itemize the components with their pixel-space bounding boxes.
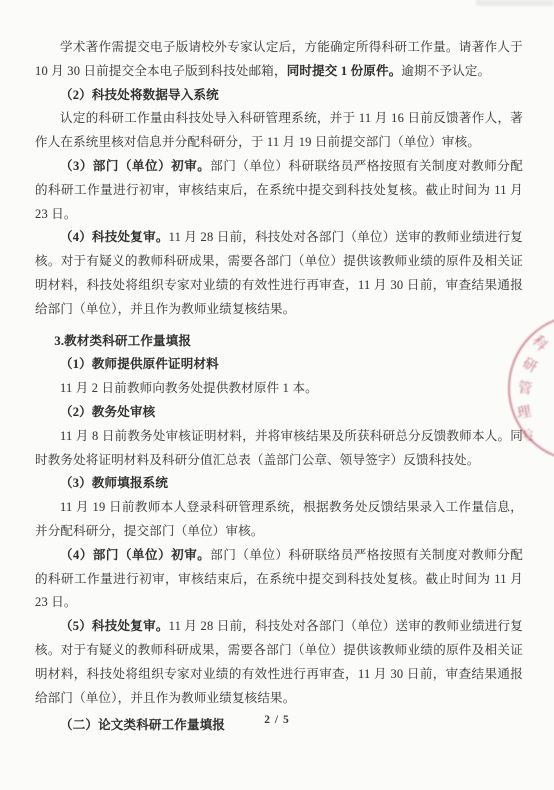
document-page: 学术著作需提交电子版请校外专家认定后，方能确定所得科研工作量。请著作人于 10 … [0,0,554,790]
bold-text-run: （2）科技处将数据导入系统 [60,88,219,102]
scan-artifact [476,0,554,6]
page-number: 2 / 5 [0,714,554,726]
para-5-keji-recheck: （5）科技处复审。11 月 28 日前，科技处对各部门（单位）送审的教师业绩进行… [35,615,523,710]
bold-text-run: （3）部门（单位）初审。 [60,159,210,173]
para-4-keji-recheck: （4）科技处复审。11 月 28 日前，科技处对各部门（单位）送审的教师业绩进行… [35,226,523,321]
text-run: 逾期不予认定。 [401,64,490,78]
bold-text-run: 同时提交 1 份原件。 [287,64,402,78]
bold-text-run: （1）教师提供原件证明材料 [60,357,219,371]
bold-text-run: （4）科技处复审。 [60,230,169,244]
heading-2-jiaowuchu-review: （2）教务处审核 [35,401,523,425]
para-4-dept-first-review: （4）部门（单位）初审。部门（单位）科研联络员严格按照有关制度对教师分配的科研工… [35,544,523,615]
bold-text-run: （4）部门（单位）初审。 [60,548,210,562]
para-data-import-detail: 认定的科研工作量由科技处导入科研管理系统，并于 11 月 16 日前反馈著作人，… [35,107,523,155]
text-run: 11 月 8 日前教务处审核证明材料，并将审核结果及所获科研总分反馈教师本人。同… [35,429,523,467]
para-textbook-original-deadline: 11 月 2 日前教师向教务处提供教材原件 1 本。 [35,377,523,401]
bold-text-run: （2）教务处审核 [60,405,155,419]
heading-1-teacher-originals: （1）教师提供原件证明材料 [35,353,523,377]
document-body-text: 学术著作需提交电子版请校外专家认定后，方能确定所得科研工作量。请著作人于 10 … [35,36,523,738]
heading-2-data-import: （2）科技处将数据导入系统 [35,84,523,108]
text-run: 11 月 19 日前教师本人登录科研管理系统，根据教务处反馈结果录入工作量信息，… [35,500,523,538]
heading-3-textbook-workload: 3.教材类科研工作量填报 [35,330,523,354]
para-monograph-submission: 学术著作需提交电子版请校外专家认定后，方能确定所得科研工作量。请著作人于 10 … [35,36,523,84]
bold-text-run: （5）科技处复审。 [60,619,169,633]
para-jiaowuchu-review-detail: 11 月 8 日前教务处审核证明材料，并将审核结果及所获科研总分反馈教师本人。同… [35,425,523,473]
text-run: 认定的科研工作量由科技处导入科研管理系统，并于 11 月 16 日前反馈著作人，… [35,111,523,149]
text-run: 11 月 2 日前教师向教务处提供教材原件 1 本。 [60,381,318,395]
bold-text-run: 3.教材类科研工作量填报 [54,334,191,348]
heading-3-teacher-system-entry: （3）教师填报系统 [35,472,523,496]
para-teacher-system-entry-detail: 11 月 19 日前教师本人登录科研管理系统，根据教务处反馈结果录入工作量信息，… [35,496,523,544]
bold-text-run: （3）教师填报系统 [60,476,168,490]
para-3-dept-first-review: （3）部门（单位）初审。部门（单位）科研联络员严格按照有关制度对教师分配的科研工… [35,155,523,226]
